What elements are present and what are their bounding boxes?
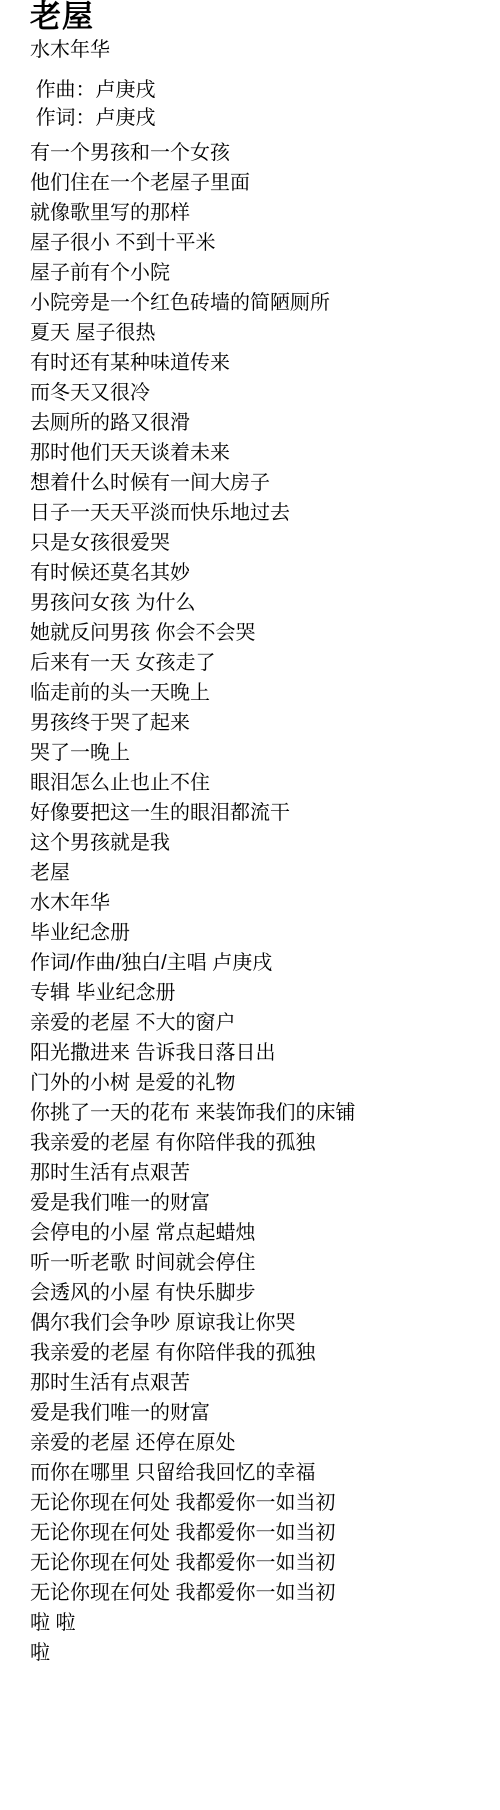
lyric-line: 就像歌里写的那样 bbox=[30, 198, 490, 228]
lyric-line: 那时生活有点艰苦 bbox=[30, 1158, 490, 1188]
lyric-line: 而你在哪里 只留给我回忆的幸福 bbox=[30, 1458, 490, 1488]
lyric-line: 专辑 毕业纪念册 bbox=[30, 978, 490, 1008]
lyric-line: 男孩终于哭了起来 bbox=[30, 708, 490, 738]
lyric-line: 眼泪怎么止也止不住 bbox=[30, 768, 490, 798]
lyric-line: 我亲爱的老屋 有你陪伴我的孤独 bbox=[30, 1128, 490, 1158]
lyric-line: 会透风的小屋 有快乐脚步 bbox=[30, 1278, 490, 1308]
lyric-line: 临走前的头一天晚上 bbox=[30, 678, 490, 708]
lyrics-block: 有一个男孩和一个女孩 他们住在一个老屋子里面 就像歌里写的那样 屋子很小 不到十… bbox=[30, 138, 490, 1668]
lyric-line: 日子一天天平淡而快乐地过去 bbox=[30, 498, 490, 528]
artist-name: 水木年华 bbox=[30, 38, 490, 62]
lyric-line: 小院旁是一个红色砖墙的简陋厕所 bbox=[30, 288, 490, 318]
lyric-line: 而冬天又很冷 bbox=[30, 378, 490, 408]
lyric-line: 去厕所的路又很滑 bbox=[30, 408, 490, 438]
lyric-line: 有一个男孩和一个女孩 bbox=[30, 138, 490, 168]
lyric-line: 这个男孩就是我 bbox=[30, 828, 490, 858]
lyric-line: 屋子前有个小院 bbox=[30, 258, 490, 288]
lyric-line: 想着什么时候有一间大房子 bbox=[30, 468, 490, 498]
lyric-line: 无论你现在何处 我都爱你一如当初 bbox=[30, 1488, 490, 1518]
lyric-line: 哭了一晚上 bbox=[30, 738, 490, 768]
lyricist-credit: 作词：卢庚戌 bbox=[30, 104, 490, 132]
lyric-line: 好像要把这一生的眼泪都流干 bbox=[30, 798, 490, 828]
lyric-line: 爱是我们唯一的财富 bbox=[30, 1188, 490, 1218]
lyric-line: 会停电的小屋 常点起蜡烛 bbox=[30, 1218, 490, 1248]
lyric-line: 后来有一天 女孩走了 bbox=[30, 648, 490, 678]
lyric-line: 作词/作曲/独白/主唱 卢庚戌 bbox=[30, 948, 490, 978]
lyric-line: 那时他们天天谈着未来 bbox=[30, 438, 490, 468]
song-title: 老屋 bbox=[30, 0, 490, 34]
composer-credit: 作曲：卢庚戌 bbox=[30, 76, 490, 104]
lyric-line: 那时生活有点艰苦 bbox=[30, 1368, 490, 1398]
lyric-line: 有时候还莫名其妙 bbox=[30, 558, 490, 588]
lyric-line: 亲爱的老屋 不大的窗户 bbox=[30, 1008, 490, 1038]
lyric-line: 门外的小树 是爱的礼物 bbox=[30, 1068, 490, 1098]
lyric-line: 无论你现在何处 我都爱你一如当初 bbox=[30, 1548, 490, 1578]
lyric-line: 啦 啦 bbox=[30, 1608, 490, 1638]
lyric-line: 无论你现在何处 我都爱你一如当初 bbox=[30, 1578, 490, 1608]
lyric-line: 无论你现在何处 我都爱你一如当初 bbox=[30, 1518, 490, 1548]
lyric-line: 男孩问女孩 为什么 bbox=[30, 588, 490, 618]
lyric-line: 阳光撒进来 告诉我日落日出 bbox=[30, 1038, 490, 1068]
lyric-line: 夏天 屋子很热 bbox=[30, 318, 490, 348]
lyric-line: 你挑了一天的花布 来装饰我们的床铺 bbox=[30, 1098, 490, 1128]
lyric-line: 偶尔我们会争吵 原谅我让你哭 bbox=[30, 1308, 490, 1338]
lyric-line: 啦 bbox=[30, 1638, 490, 1668]
credits-block: 作曲：卢庚戌 作词：卢庚戌 bbox=[30, 76, 490, 132]
lyrics-page: 老屋 水木年华 作曲：卢庚戌 作词：卢庚戌 有一个男孩和一个女孩 他们住在一个老… bbox=[0, 0, 500, 1810]
lyric-line: 我亲爱的老屋 有你陪伴我的孤独 bbox=[30, 1338, 490, 1368]
lyric-line: 亲爱的老屋 还停在原处 bbox=[30, 1428, 490, 1458]
lyric-line: 有时还有某种味道传来 bbox=[30, 348, 490, 378]
lyric-line: 屋子很小 不到十平米 bbox=[30, 228, 490, 258]
lyric-line: 只是女孩很爱哭 bbox=[30, 528, 490, 558]
lyric-line: 他们住在一个老屋子里面 bbox=[30, 168, 490, 198]
lyric-line: 爱是我们唯一的财富 bbox=[30, 1398, 490, 1428]
lyric-line: 毕业纪念册 bbox=[30, 918, 490, 948]
lyric-line: 她就反问男孩 你会不会哭 bbox=[30, 618, 490, 648]
lyric-line: 老屋 bbox=[30, 858, 490, 888]
lyric-line: 听一听老歌 时间就会停住 bbox=[30, 1248, 490, 1278]
lyric-line: 水木年华 bbox=[30, 888, 490, 918]
